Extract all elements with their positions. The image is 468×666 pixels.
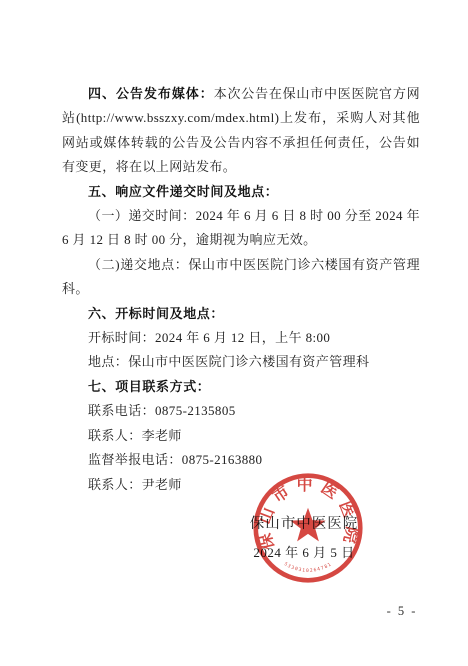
section-heading-6: 六、开标时间及地点： xyxy=(88,306,224,321)
seal-star-icon xyxy=(290,508,325,542)
paragraph-contact-person1: 联系人：李老师 xyxy=(62,424,420,448)
official-seal: 保山市中医医院 5330310264781 xyxy=(249,469,367,587)
paragraph-submission-time: （一）递交时间：2024 年 6 月 6 日 8 时 00 分至 2024 年 … xyxy=(62,204,420,253)
section-heading-4: 四、公告发布媒体： xyxy=(88,86,214,101)
seal-serial-number: 5330310264781 xyxy=(283,561,333,574)
paragraph-text: （二)递交地点：保山市中医医院门诊六楼国有资产管理科。 xyxy=(62,257,420,296)
paragraph-contact-phone: 联系电话：0875-2135805 xyxy=(62,399,420,423)
paragraph-text: 联系电话：0875-2135805 xyxy=(88,403,236,418)
paragraph-text: 联系人：李老师 xyxy=(88,428,182,443)
paragraph-text: 开标时间：2024 年 6 月 12 日，上午 8:00 xyxy=(88,330,330,345)
paragraph-bidopen-place: 地点：保山市中医医院门诊六楼国有资产管理科 xyxy=(62,350,420,374)
page-number: - 5 - xyxy=(378,604,426,619)
paragraph-text: 监督举报电话：0875-2163880 xyxy=(88,452,262,467)
document-page: 四、公告发布媒体：本次公告在保山市中医医院官方网站(http://www.bss… xyxy=(0,0,468,666)
paragraph-text: （一）递交时间：2024 年 6 月 6 日 8 时 00 分至 2024 年 … xyxy=(62,208,420,247)
paragraph-bidopen-section: 六、开标时间及地点： xyxy=(62,302,420,326)
paragraph-media-announcement: 四、公告发布媒体：本次公告在保山市中医医院官方网站(http://www.bss… xyxy=(62,82,420,180)
section-heading-7: 七、项目联系方式： xyxy=(88,379,210,394)
announcement-body: 四、公告发布媒体：本次公告在保山市中医医院官方网站(http://www.bss… xyxy=(62,82,420,497)
paragraph-text: 联系人：尹老师 xyxy=(88,477,182,492)
paragraph-text: 地点：保山市中医医院门诊六楼国有资产管理科 xyxy=(88,354,369,369)
paragraph-submission-place: （二)递交地点：保山市中医医院门诊六楼国有资产管理科。 xyxy=(62,253,420,302)
paragraph-contact-section: 七、项目联系方式： xyxy=(62,375,420,399)
paragraph-bidopen-time: 开标时间：2024 年 6 月 12 日，上午 8:00 xyxy=(62,326,420,350)
official-seal-graphic: 保山市中医医院 5330310264781 xyxy=(249,469,367,587)
section-heading-5: 五、响应文件递交时间及地点： xyxy=(88,184,278,199)
paragraph-submission-section: 五、响应文件递交时间及地点： xyxy=(62,180,420,204)
